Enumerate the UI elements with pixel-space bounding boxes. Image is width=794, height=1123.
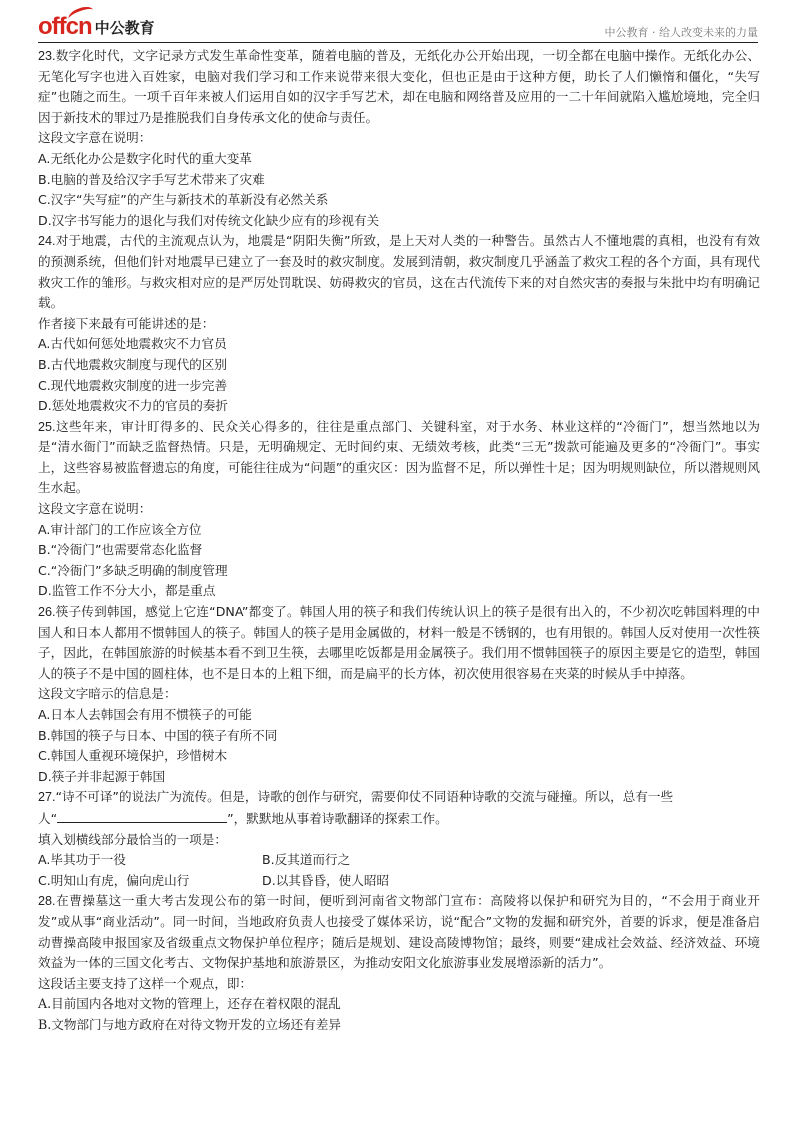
question-number: 28. <box>38 894 56 908</box>
option-d: D.以其昏昏，使人昭昭 <box>262 871 486 892</box>
question-prompt: 这段话主要支持了这样一个观点，即： <box>38 974 760 995</box>
option-d: D.汉字书写能力的退化与我们对传统文化缺少应有的珍视有关 <box>38 211 760 232</box>
option-a: A.目前国内各地对文物的管理上，还存在着权限的混乱 <box>38 994 760 1015</box>
question-number: 26. <box>38 605 56 619</box>
question-prompt: 这段文字意在说明： <box>38 128 760 149</box>
question-number: 24. <box>38 234 56 248</box>
question-28: 28.在曹操墓这一重大考古发现公布的第一时间，便听到河南省文物部门宣布：高陵将以… <box>38 891 760 1035</box>
question-24: 24.对于地震，古代的主流观点认为，地震是“阴阳失衡”所致，是上天对人类的一种警… <box>38 231 760 416</box>
option-c: C.现代地震救灾制度的进一步完善 <box>38 376 760 397</box>
question-23: 23.数字化时代，文字记录方式发生革命性变革，随着电脑的普及，无纸化办公开始出现… <box>38 46 760 231</box>
question-number: 23. <box>38 49 56 63</box>
fill-in-blank <box>57 808 227 823</box>
page-header: offcn 中公教育 中公教育 · 给人改变未来的力量 <box>38 12 758 43</box>
question-passage: 24.对于地震，古代的主流观点认为，地震是“阴阳失衡”所致，是上天对人类的一种警… <box>38 231 760 313</box>
option-b: B.电脑的普及给汉字手写艺术带来了灾难 <box>38 170 760 191</box>
question-prompt: 填入划横线部分最恰当的一项是： <box>38 830 760 851</box>
question-passage: 28.在曹操墓这一重大考古发现公布的第一时间，便听到河南省文物部门宣布：高陵将以… <box>38 891 760 973</box>
option-c: C.“冷衙门”多缺乏明确的制度管理 <box>38 561 760 582</box>
option-b: B.古代地震救灾制度与现代的区别 <box>38 355 760 376</box>
options-row-2: C.明知山有虎，偏向虎山行 D.以其昏昏，使人昭昭 <box>38 871 760 892</box>
question-passage: 23.数字化时代，文字记录方式发生革命性变革，随着电脑的普及，无纸化办公开始出现… <box>38 46 760 128</box>
option-c: C.韩国人重视环境保护，珍惜树木 <box>38 746 760 767</box>
option-b: B.文物部门与地方政府在对待文物开发的立场还有差异 <box>38 1015 760 1036</box>
option-b: B.“冷衙门”也需要常态化监督 <box>38 540 760 561</box>
question-passage-blank-line: 人“”，默默地从事着诗歌翻译的探索工作。 <box>38 808 760 830</box>
question-number: 25. <box>38 420 56 434</box>
option-a: A.古代如何惩处地震救灾不力官员 <box>38 334 760 355</box>
option-d: D.监管工作不分大小，都是重点 <box>38 581 760 602</box>
logo-chinese-text: 中公教育 <box>95 18 155 38</box>
option-b: B.韩国的筷子与日本、中国的筷子有所不同 <box>38 726 760 747</box>
option-c: C.汉字“失写症”的产生与新技术的革新没有必然关系 <box>38 190 760 211</box>
option-a: A.审计部门的工作应该全方位 <box>38 520 760 541</box>
option-b: B.反其道而行之 <box>262 850 486 871</box>
option-d: D.筷子并非起源于韩国 <box>38 767 760 788</box>
question-number: 27. <box>38 790 56 804</box>
logo-offcn-text: offcn <box>38 16 92 38</box>
header-slogan: 中公教育 · 给人改变未来的力量 <box>605 24 759 40</box>
question-passage: 25.这些年来，审计盯得多的、民众关心得多的，往往是重点部门、关键科室，对于水务… <box>38 417 760 499</box>
offcn-logo: offcn 中公教育 <box>38 16 155 38</box>
document-body: 23.数字化时代，文字记录方式发生革命性变革，随着电脑的普及，无纸化办公开始出现… <box>38 46 760 1036</box>
option-a: A.无纸化办公是数字化时代的重大变革 <box>38 149 760 170</box>
question-27: 27.“诗不可译”的说法广为流传。但是，诗歌的创作与研究，需要仰仗不同语种诗歌的… <box>38 787 760 891</box>
option-d: D.惩处地震救灾不力的官员的奏折 <box>38 396 760 417</box>
question-prompt: 作者接下来最有可能讲述的是： <box>38 314 760 335</box>
option-a: A.毕其功于一役 <box>38 850 262 871</box>
question-passage: 26.筷子传到韩国，感觉上它连“DNA”都变了。韩国人用的筷子和我们传统认识上的… <box>38 602 760 684</box>
question-26: 26.筷子传到韩国，感觉上它连“DNA”都变了。韩国人用的筷子和我们传统认识上的… <box>38 602 760 787</box>
question-prompt: 这段文字意在说明： <box>38 499 760 520</box>
option-a: A.日本人去韩国会有用不惯筷子的可能 <box>38 705 760 726</box>
question-25: 25.这些年来，审计盯得多的、民众关心得多的，往往是重点部门、关键科室，对于水务… <box>38 417 760 602</box>
option-c: C.明知山有虎，偏向虎山行 <box>38 871 262 892</box>
question-prompt: 这段文字暗示的信息是： <box>38 684 760 705</box>
options-row-1: A.毕其功于一役 B.反其道而行之 <box>38 850 760 871</box>
question-passage: 27.“诗不可译”的说法广为流传。但是，诗歌的创作与研究，需要仰仗不同语种诗歌的… <box>38 787 760 808</box>
